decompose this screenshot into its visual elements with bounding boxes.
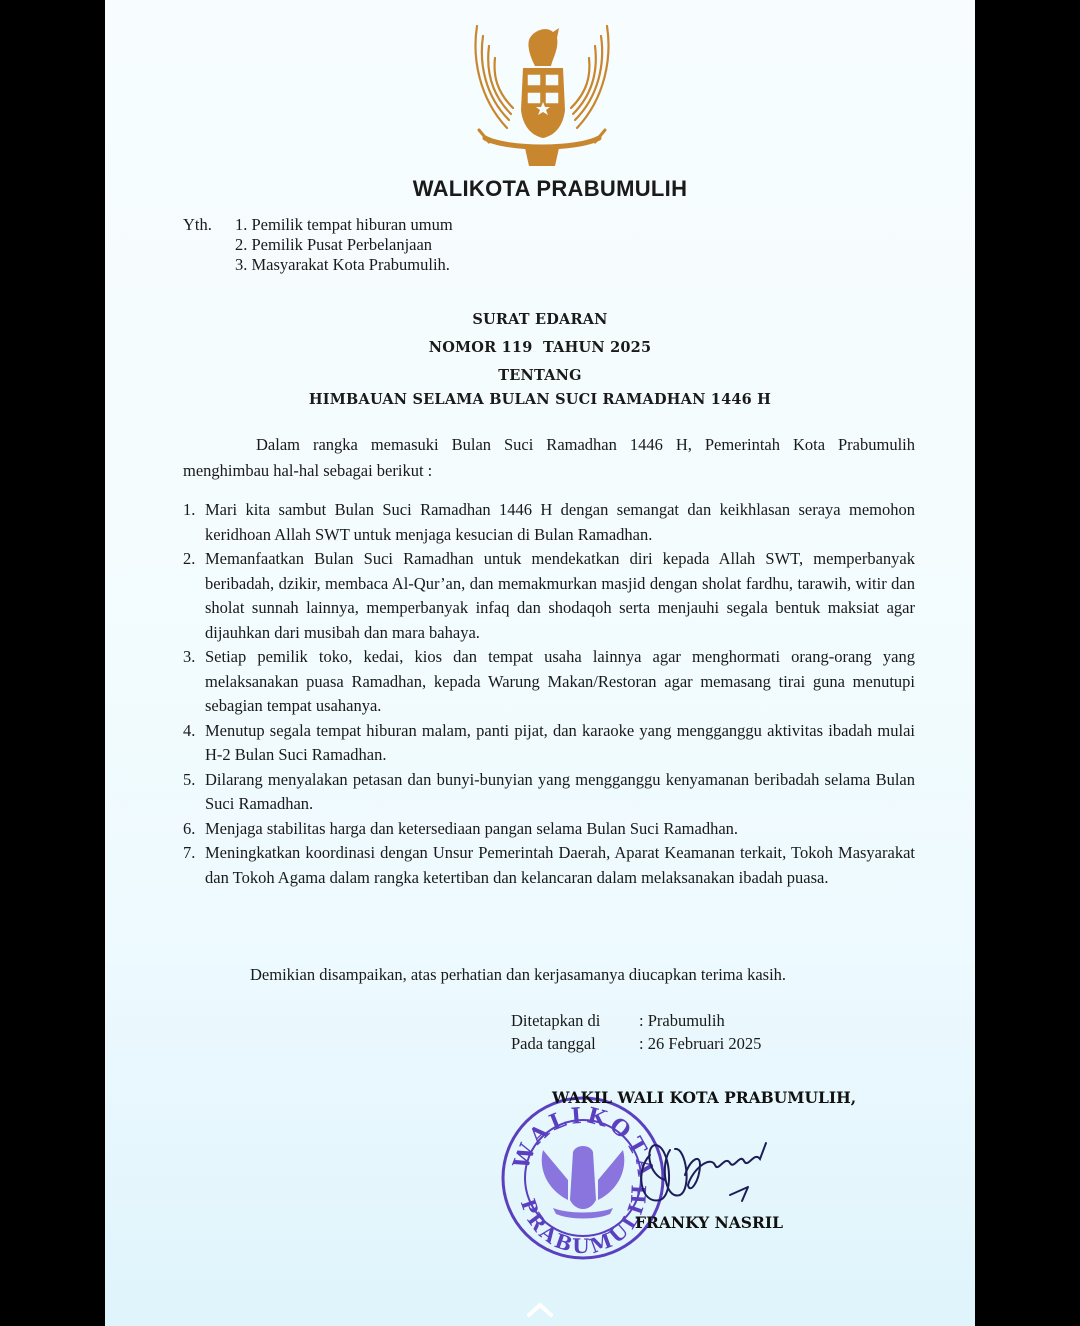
point-item: 6.Menjaga stabilitas harga dan ketersedi… (183, 817, 915, 842)
point-item: 5.Dilarang menyalakan petasan dan bunyi-… (183, 768, 915, 817)
recipients-label: Yth. (183, 215, 212, 235)
recipient-item: 3. Masyarakat Kota Prabumulih. (235, 255, 635, 275)
document-page: WALIKOTA PRABUMULIH Yth. 1. Pemilik temp… (105, 0, 975, 1326)
point-item: 2.Memanfaatkan Bulan Suci Ramadhan untuk… (183, 547, 915, 645)
points-list: 1.Mari kita sambut Bulan Suci Ramadhan 1… (183, 498, 915, 890)
garuda-emblem-icon (467, 18, 617, 173)
office-title: WALIKOTA PRABUMULIH (105, 176, 975, 202)
intro-paragraph: Dalam rangka memasuki Bulan Suci Ramadha… (183, 432, 915, 484)
issued-place-label: Ditetapkan di (511, 1009, 639, 1032)
issued-place-value: : Prabumulih (639, 1009, 725, 1032)
recipient-item: 2. Pemilik Pusat Perbelanjaan (235, 235, 635, 255)
signatory-name: FRANKY NASRIL (635, 1213, 783, 1232)
signatory-title: WAKIL WALI KOTA PRABUMULIH, (552, 1088, 856, 1107)
point-item: 7.Meningkatkan koordinasi dengan Unsur P… (183, 841, 915, 890)
recipient-item: 1. Pemilik tempat hiburan umum (235, 215, 635, 235)
letter-about-label: TENTANG (105, 367, 975, 384)
chevron-up-icon[interactable] (525, 1300, 555, 1318)
recipients-list: 1. Pemilik tempat hiburan umum 2. Pemili… (235, 215, 635, 275)
issued-date-value: : 26 Februari 2025 (639, 1032, 761, 1055)
issuance-details: Ditetapkan di: Prabumulih Pada tanggal: … (511, 1009, 761, 1055)
letter-type: SURAT EDARAN (105, 311, 975, 328)
point-item: 4.Menutup segala tempat hiburan malam, p… (183, 719, 915, 768)
closing-sentence: Demikian disampaikan, atas perhatian dan… (250, 965, 786, 985)
issued-date-label: Pada tanggal (511, 1032, 639, 1055)
letter-subject: HIMBAUAN SELAMA BULAN SUCI RAMADHAN 1446… (105, 391, 975, 408)
point-item: 3.Setiap pemilik toko, kedai, kios dan t… (183, 645, 915, 719)
signature-icon (630, 1125, 780, 1215)
point-item: 1.Mari kita sambut Bulan Suci Ramadhan 1… (183, 498, 915, 547)
letter-number: NOMOR 119 TAHUN 2025 (105, 339, 975, 356)
